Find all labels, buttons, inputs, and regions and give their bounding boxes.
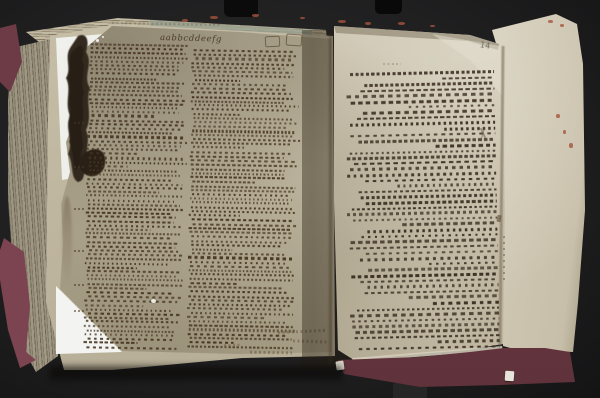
script-line <box>368 283 499 288</box>
script-line <box>190 159 294 163</box>
edge-paint-speck <box>569 143 573 148</box>
script-line <box>191 311 293 315</box>
script-line <box>366 250 498 255</box>
script-line <box>86 308 172 312</box>
script-line <box>189 303 292 307</box>
script-line <box>91 77 157 80</box>
script-line <box>187 346 292 350</box>
edge-paint-speck <box>563 130 566 134</box>
script-line <box>363 109 495 114</box>
script-line <box>358 345 500 351</box>
left-page-text-column-2 <box>186 49 298 355</box>
script-line <box>85 333 175 337</box>
margin-mark <box>74 250 84 252</box>
script-line <box>368 266 498 271</box>
script-line <box>189 320 287 324</box>
script-line <box>187 307 283 311</box>
script-line <box>86 258 182 262</box>
right-page-text-block <box>343 70 500 357</box>
script-line <box>190 261 285 265</box>
script-line <box>194 49 296 53</box>
edge-paint-speck <box>548 20 553 23</box>
pencil-mark <box>477 127 490 138</box>
script-line <box>193 113 239 116</box>
script-line <box>191 66 284 70</box>
script-line <box>442 76 494 80</box>
margin-mark <box>74 310 84 312</box>
script-line <box>192 96 293 100</box>
script-line <box>88 199 173 203</box>
margin-mark <box>74 284 84 286</box>
pricking-dot <box>503 236 505 238</box>
script-line <box>361 87 495 92</box>
script-line <box>87 228 150 231</box>
script-line <box>91 106 179 110</box>
script-line <box>190 277 293 281</box>
pricking-dot <box>503 272 505 274</box>
faint-catchword <box>383 63 401 65</box>
script-line <box>86 346 176 350</box>
script-line <box>84 341 137 344</box>
edge-paint-speck <box>560 24 564 27</box>
script-line <box>191 164 297 168</box>
script-line <box>192 223 297 227</box>
script-line <box>191 189 294 193</box>
script-line <box>88 131 173 135</box>
script-line <box>190 290 286 294</box>
pricking-dot <box>503 266 505 268</box>
script-line <box>194 121 296 125</box>
script-line <box>191 206 292 210</box>
paper-tab <box>505 371 515 382</box>
script-line <box>85 262 169 266</box>
script-line <box>409 295 499 299</box>
script-line <box>88 174 181 178</box>
edge-paint-speck <box>556 114 560 118</box>
script-line <box>190 273 295 277</box>
script-line <box>90 102 185 106</box>
script-line <box>87 178 172 182</box>
script-line <box>350 166 496 172</box>
script-line <box>357 115 495 120</box>
script-line <box>189 231 292 235</box>
script-line <box>86 274 178 278</box>
script-line <box>88 241 177 245</box>
cradle-strap-top-right <box>375 0 402 14</box>
script-line <box>190 337 292 341</box>
script-line <box>88 278 184 282</box>
script-line <box>90 127 182 131</box>
script-line <box>89 123 184 127</box>
script-line <box>360 256 498 261</box>
script-line <box>360 278 498 283</box>
script-line <box>87 291 175 295</box>
script-line <box>438 339 500 343</box>
script-line <box>192 210 295 214</box>
script-line <box>191 133 292 137</box>
script-line <box>87 329 175 333</box>
pricking-holes <box>503 236 507 288</box>
script-line <box>191 108 290 112</box>
script-line <box>433 301 499 305</box>
white-speck <box>96 39 99 42</box>
script-line <box>88 215 176 219</box>
edge-paint-speck <box>398 22 405 25</box>
script-line <box>352 317 499 323</box>
script-line <box>191 219 292 223</box>
script-line <box>355 328 500 334</box>
script-line <box>192 83 287 87</box>
script-line <box>366 200 497 205</box>
gutter-crease <box>329 34 332 364</box>
script-line <box>190 155 284 159</box>
script-line <box>188 256 294 260</box>
script-line <box>90 72 177 76</box>
script-line <box>86 194 183 198</box>
script-line <box>192 193 291 197</box>
book-bottom-shadow <box>50 366 342 380</box>
script-line <box>194 75 293 79</box>
script-line <box>351 132 496 138</box>
script-line <box>191 92 291 96</box>
script-line <box>403 222 498 227</box>
script-line <box>89 249 178 253</box>
script-line <box>91 114 155 117</box>
script-line <box>87 148 178 152</box>
script-line <box>89 85 180 89</box>
edge-paint-speck <box>252 14 259 17</box>
margin-mark <box>74 166 84 168</box>
script-line <box>87 236 174 240</box>
folio-number: 14 <box>479 40 491 51</box>
script-line <box>86 320 177 324</box>
script-line <box>85 304 143 307</box>
script-line <box>346 93 494 99</box>
script-line <box>361 233 498 238</box>
script-line <box>435 144 495 148</box>
edge-paint-speck <box>182 19 188 22</box>
edge-paint-speck <box>430 25 435 27</box>
header-flourish <box>286 33 303 46</box>
script-line <box>347 154 496 160</box>
script-line <box>88 287 147 290</box>
script-line <box>192 201 289 205</box>
script-line <box>191 244 283 248</box>
script-line <box>89 64 178 68</box>
script-line <box>191 151 292 155</box>
script-line <box>191 282 239 285</box>
script-line <box>359 188 497 193</box>
script-line <box>365 289 499 294</box>
pricking-dot <box>503 260 505 262</box>
edge-paint-speck <box>338 20 346 23</box>
script-line <box>429 261 498 265</box>
script-line <box>86 232 181 236</box>
script-line <box>88 207 183 211</box>
script-line <box>188 286 281 290</box>
left-page-text-column-1 <box>83 43 186 357</box>
script-line <box>354 160 496 166</box>
script-line <box>90 81 184 85</box>
edge-paint-speck <box>210 16 218 19</box>
pricking-dot <box>503 278 505 280</box>
manuscript-photo: aabbcddeefg 14 <box>0 0 600 398</box>
script-line <box>88 165 127 168</box>
script-line <box>357 306 499 312</box>
script-line <box>193 117 293 121</box>
edge-paint-speck <box>300 17 305 19</box>
script-line <box>191 168 285 172</box>
script-line <box>84 324 170 328</box>
script-line <box>187 316 267 319</box>
script-line <box>90 56 187 60</box>
script-line <box>88 295 183 299</box>
script-line <box>192 181 257 184</box>
script-line <box>88 312 181 316</box>
script-line <box>347 172 496 178</box>
script-line <box>86 245 175 249</box>
script-line <box>358 138 495 143</box>
script-line <box>89 98 187 102</box>
script-line <box>87 186 184 190</box>
pricking-dot <box>503 242 505 244</box>
script-line <box>350 238 497 244</box>
script-line <box>89 89 180 93</box>
script-line <box>397 183 496 188</box>
script-line <box>189 214 240 217</box>
script-line <box>191 299 295 303</box>
script-line <box>350 121 495 127</box>
script-line <box>87 203 179 207</box>
margin-mark <box>74 208 84 210</box>
script-line <box>89 94 182 98</box>
script-line <box>350 312 499 318</box>
script-line <box>90 47 185 51</box>
script-line <box>194 104 298 108</box>
script-line <box>367 228 497 233</box>
script-line <box>347 210 497 216</box>
script-line <box>192 70 292 74</box>
script-line <box>355 334 500 340</box>
script-line <box>88 190 159 193</box>
script-line <box>192 146 244 149</box>
pricking-dot <box>503 248 505 250</box>
script-line <box>90 169 178 173</box>
script-line <box>191 142 291 146</box>
script-line <box>90 152 138 155</box>
script-line <box>192 236 293 240</box>
script-line <box>192 62 295 66</box>
parchment-hole <box>151 299 156 303</box>
script-line <box>194 87 287 91</box>
script-line <box>191 176 285 180</box>
script-line <box>85 300 178 304</box>
script-line <box>90 60 184 64</box>
script-line <box>193 125 286 129</box>
script-line <box>361 194 497 199</box>
script-line <box>88 266 136 269</box>
script-line <box>88 157 183 161</box>
header-flourish <box>265 36 281 48</box>
script-line <box>88 144 181 148</box>
script-line <box>364 82 494 87</box>
script-line <box>91 68 180 72</box>
script-line <box>90 52 185 56</box>
edge-paint-speck <box>365 22 371 25</box>
script-line <box>195 79 240 82</box>
script-line <box>365 177 496 182</box>
script-line <box>190 265 288 269</box>
script-line <box>89 161 186 165</box>
pricking-dot <box>503 254 505 256</box>
script-line <box>86 220 173 224</box>
margin-mark <box>74 122 84 124</box>
script-line <box>87 270 181 274</box>
script-line <box>195 57 292 61</box>
script-line <box>88 253 184 257</box>
script-line <box>192 248 233 251</box>
white-speck <box>102 36 104 38</box>
script-line <box>87 135 185 139</box>
script-line <box>409 104 495 108</box>
stain-streak <box>62 196 72 286</box>
